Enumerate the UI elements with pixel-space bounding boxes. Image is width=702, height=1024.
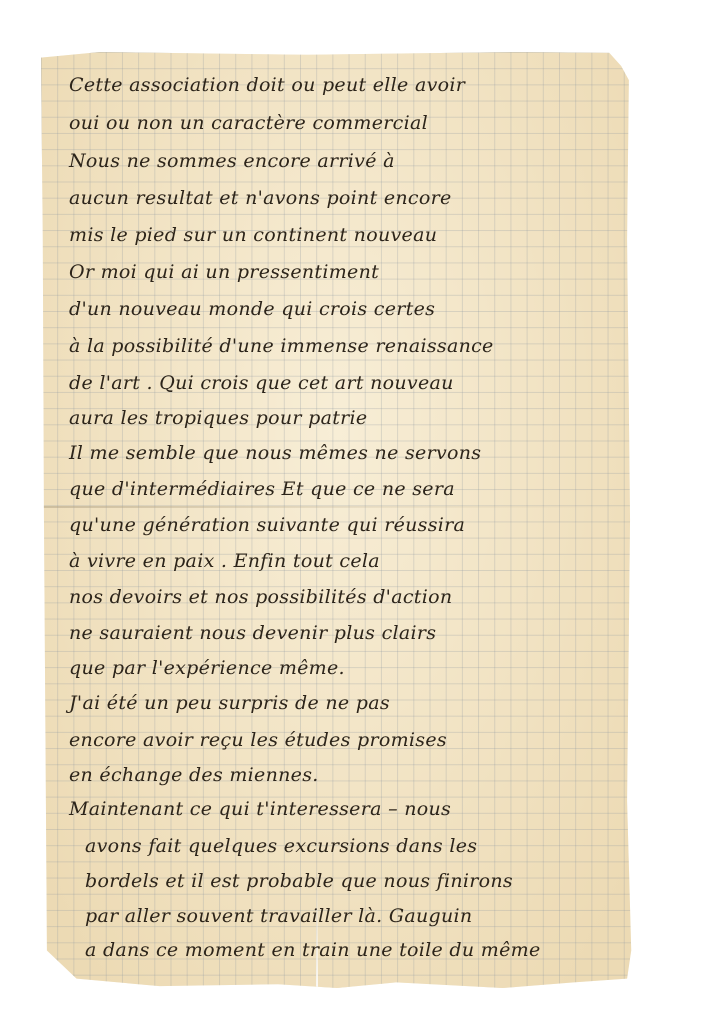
text-line: Nous ne sommes encore arrivé à bbox=[69, 150, 395, 172]
text-line: J'ai été un peu surpris de ne pas bbox=[69, 692, 390, 714]
text-line: de l'art . Qui crois que cet art nouveau bbox=[69, 372, 454, 394]
text-line: en échange des miennes. bbox=[69, 764, 319, 786]
text-line: a dans ce moment en train une toile du m… bbox=[85, 939, 541, 961]
text-line: Il me semble que nous mêmes ne servons bbox=[69, 442, 481, 464]
text-line: qu'une génération suivante qui réussira bbox=[69, 514, 465, 536]
text-line: Or moi qui ai un pressentiment bbox=[69, 261, 379, 283]
text-line: à vivre en paix . Enfin tout cela bbox=[69, 550, 380, 572]
text-line: nos devoirs et nos possibilités d'action bbox=[69, 586, 452, 608]
handwritten-text: Cette association doit ou peut elle avoi… bbox=[41, 52, 633, 988]
text-line: Cette association doit ou peut elle avoi… bbox=[69, 74, 465, 96]
text-line: que d'intermédiaires Et que ce ne sera bbox=[69, 478, 455, 500]
text-line: ne sauraient nous devenir plus clairs bbox=[69, 622, 436, 644]
text-line: avons fait quelques excursions dans les bbox=[85, 835, 477, 857]
text-line: mis le pied sur un continent nouveau bbox=[69, 224, 437, 246]
text-line: d'un nouveau monde qui crois certes bbox=[69, 298, 435, 320]
text-line: oui ou non un caractère commercial bbox=[69, 112, 428, 134]
text-line: aucun resultat et n'avons point encore bbox=[69, 187, 452, 209]
text-line: aura les tropiques pour patrie bbox=[69, 407, 367, 429]
text-line: que par l'expérience même. bbox=[69, 657, 345, 679]
text-line: à la possibilité d'une immense renaissan… bbox=[69, 335, 494, 357]
text-line: bordels et il est probable que nous fini… bbox=[85, 870, 513, 892]
text-line: par aller souvent travailler là. Gauguin bbox=[85, 905, 472, 927]
text-line: encore avoir reçu les études promises bbox=[69, 729, 447, 751]
letter-page: Cette association doit ou peut elle avoi… bbox=[41, 52, 633, 988]
text-line: Maintenant ce qui t'interessera – nous bbox=[69, 798, 451, 820]
